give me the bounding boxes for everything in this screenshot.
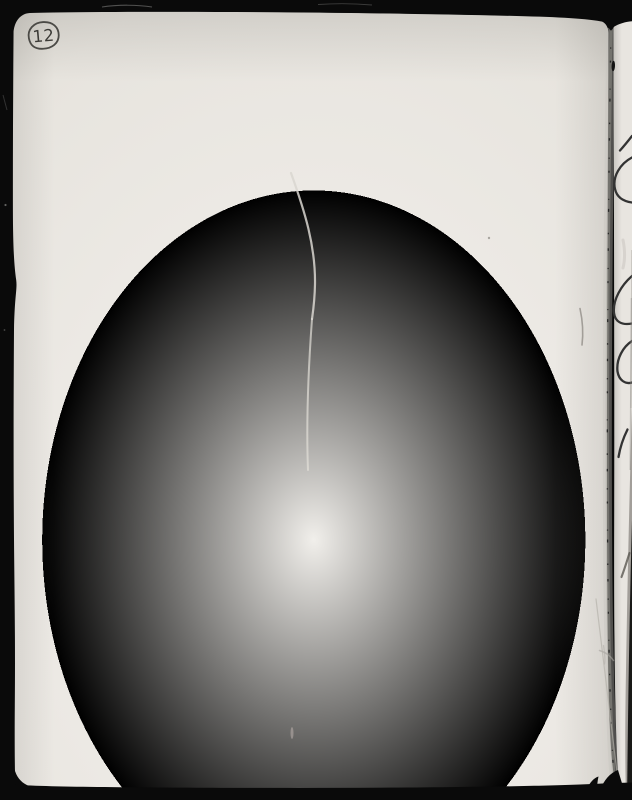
page-number-label: 12 — [32, 26, 56, 47]
scan-image: 12 — [0, 0, 632, 800]
left-page — [12, 12, 615, 789]
sketchbook-scan: 12 — [0, 0, 632, 800]
smudge — [623, 240, 625, 268]
paper-speck — [488, 237, 490, 239]
paper-blemish — [291, 727, 294, 739]
